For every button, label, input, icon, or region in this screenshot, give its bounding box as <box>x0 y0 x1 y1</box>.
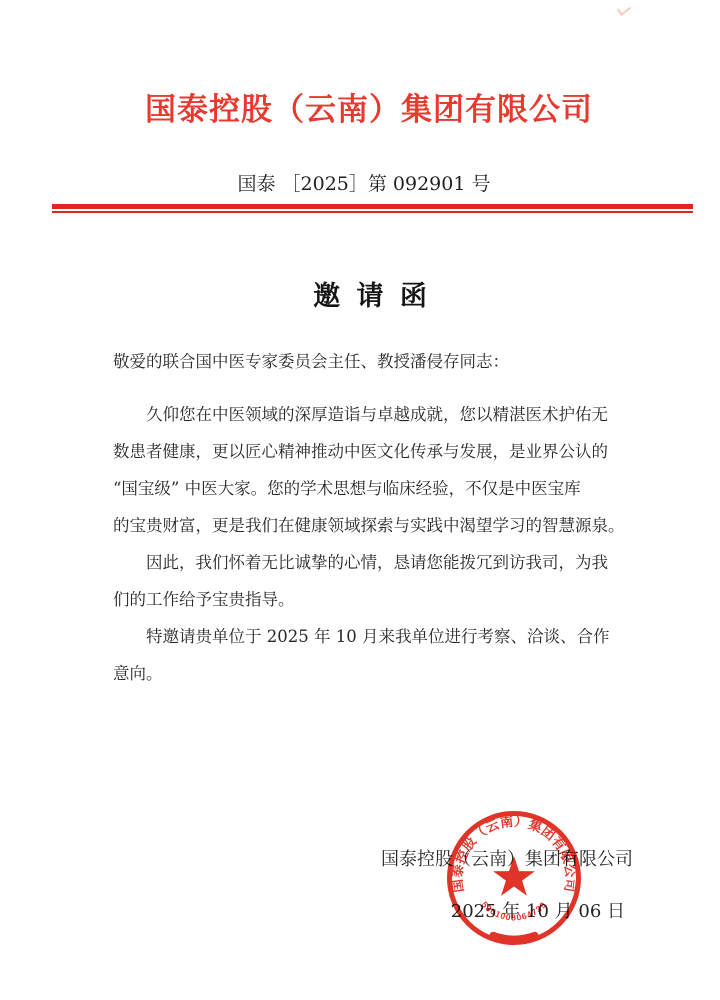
letter-body: 久仰您在中医领域的深厚造诣与卓越成就，您以精湛医术护佑无 数患者健康，更以匠心精… <box>113 396 641 692</box>
corner-mark-icon <box>614 2 634 22</box>
document-number: 国泰 ［2025］第 092901 号 <box>4 169 720 196</box>
seal-star-icon <box>493 856 535 896</box>
letterhead-divider-rule <box>52 204 693 214</box>
seal-serial-number: 5301008064739 <box>480 899 549 922</box>
salutation-line: 敬爱的联合国中医专家委员会主任、教授潘侵存同志： <box>113 349 643 375</box>
body-paragraph: 因此，我们怀着无比诚挚的心情，恳请您能拨冗到访我司，为我 们的工作给予宝贵指导。 <box>113 544 641 618</box>
body-paragraph: 久仰您在中医领域的深厚造诣与卓越成就，您以精湛医术护佑无 数患者健康，更以匠心精… <box>113 396 641 544</box>
company-letterhead-title: 国泰控股（云南）集团有限公司 <box>9 84 720 129</box>
body-paragraph: 特邀请贵单位于 2025 年 10 月来我单位进行考察、洽谈、合作 意向。 <box>113 618 641 692</box>
letter-heading: 邀 请 函 <box>10 274 720 313</box>
company-seal-stamp-icon: 国泰控股（云南）集团有限公司 5301008064739 <box>444 808 584 948</box>
letter-page: { "letterhead": { "company_title": "国泰控股… <box>0 0 720 1000</box>
seal-bottom-smudge <box>493 935 535 939</box>
